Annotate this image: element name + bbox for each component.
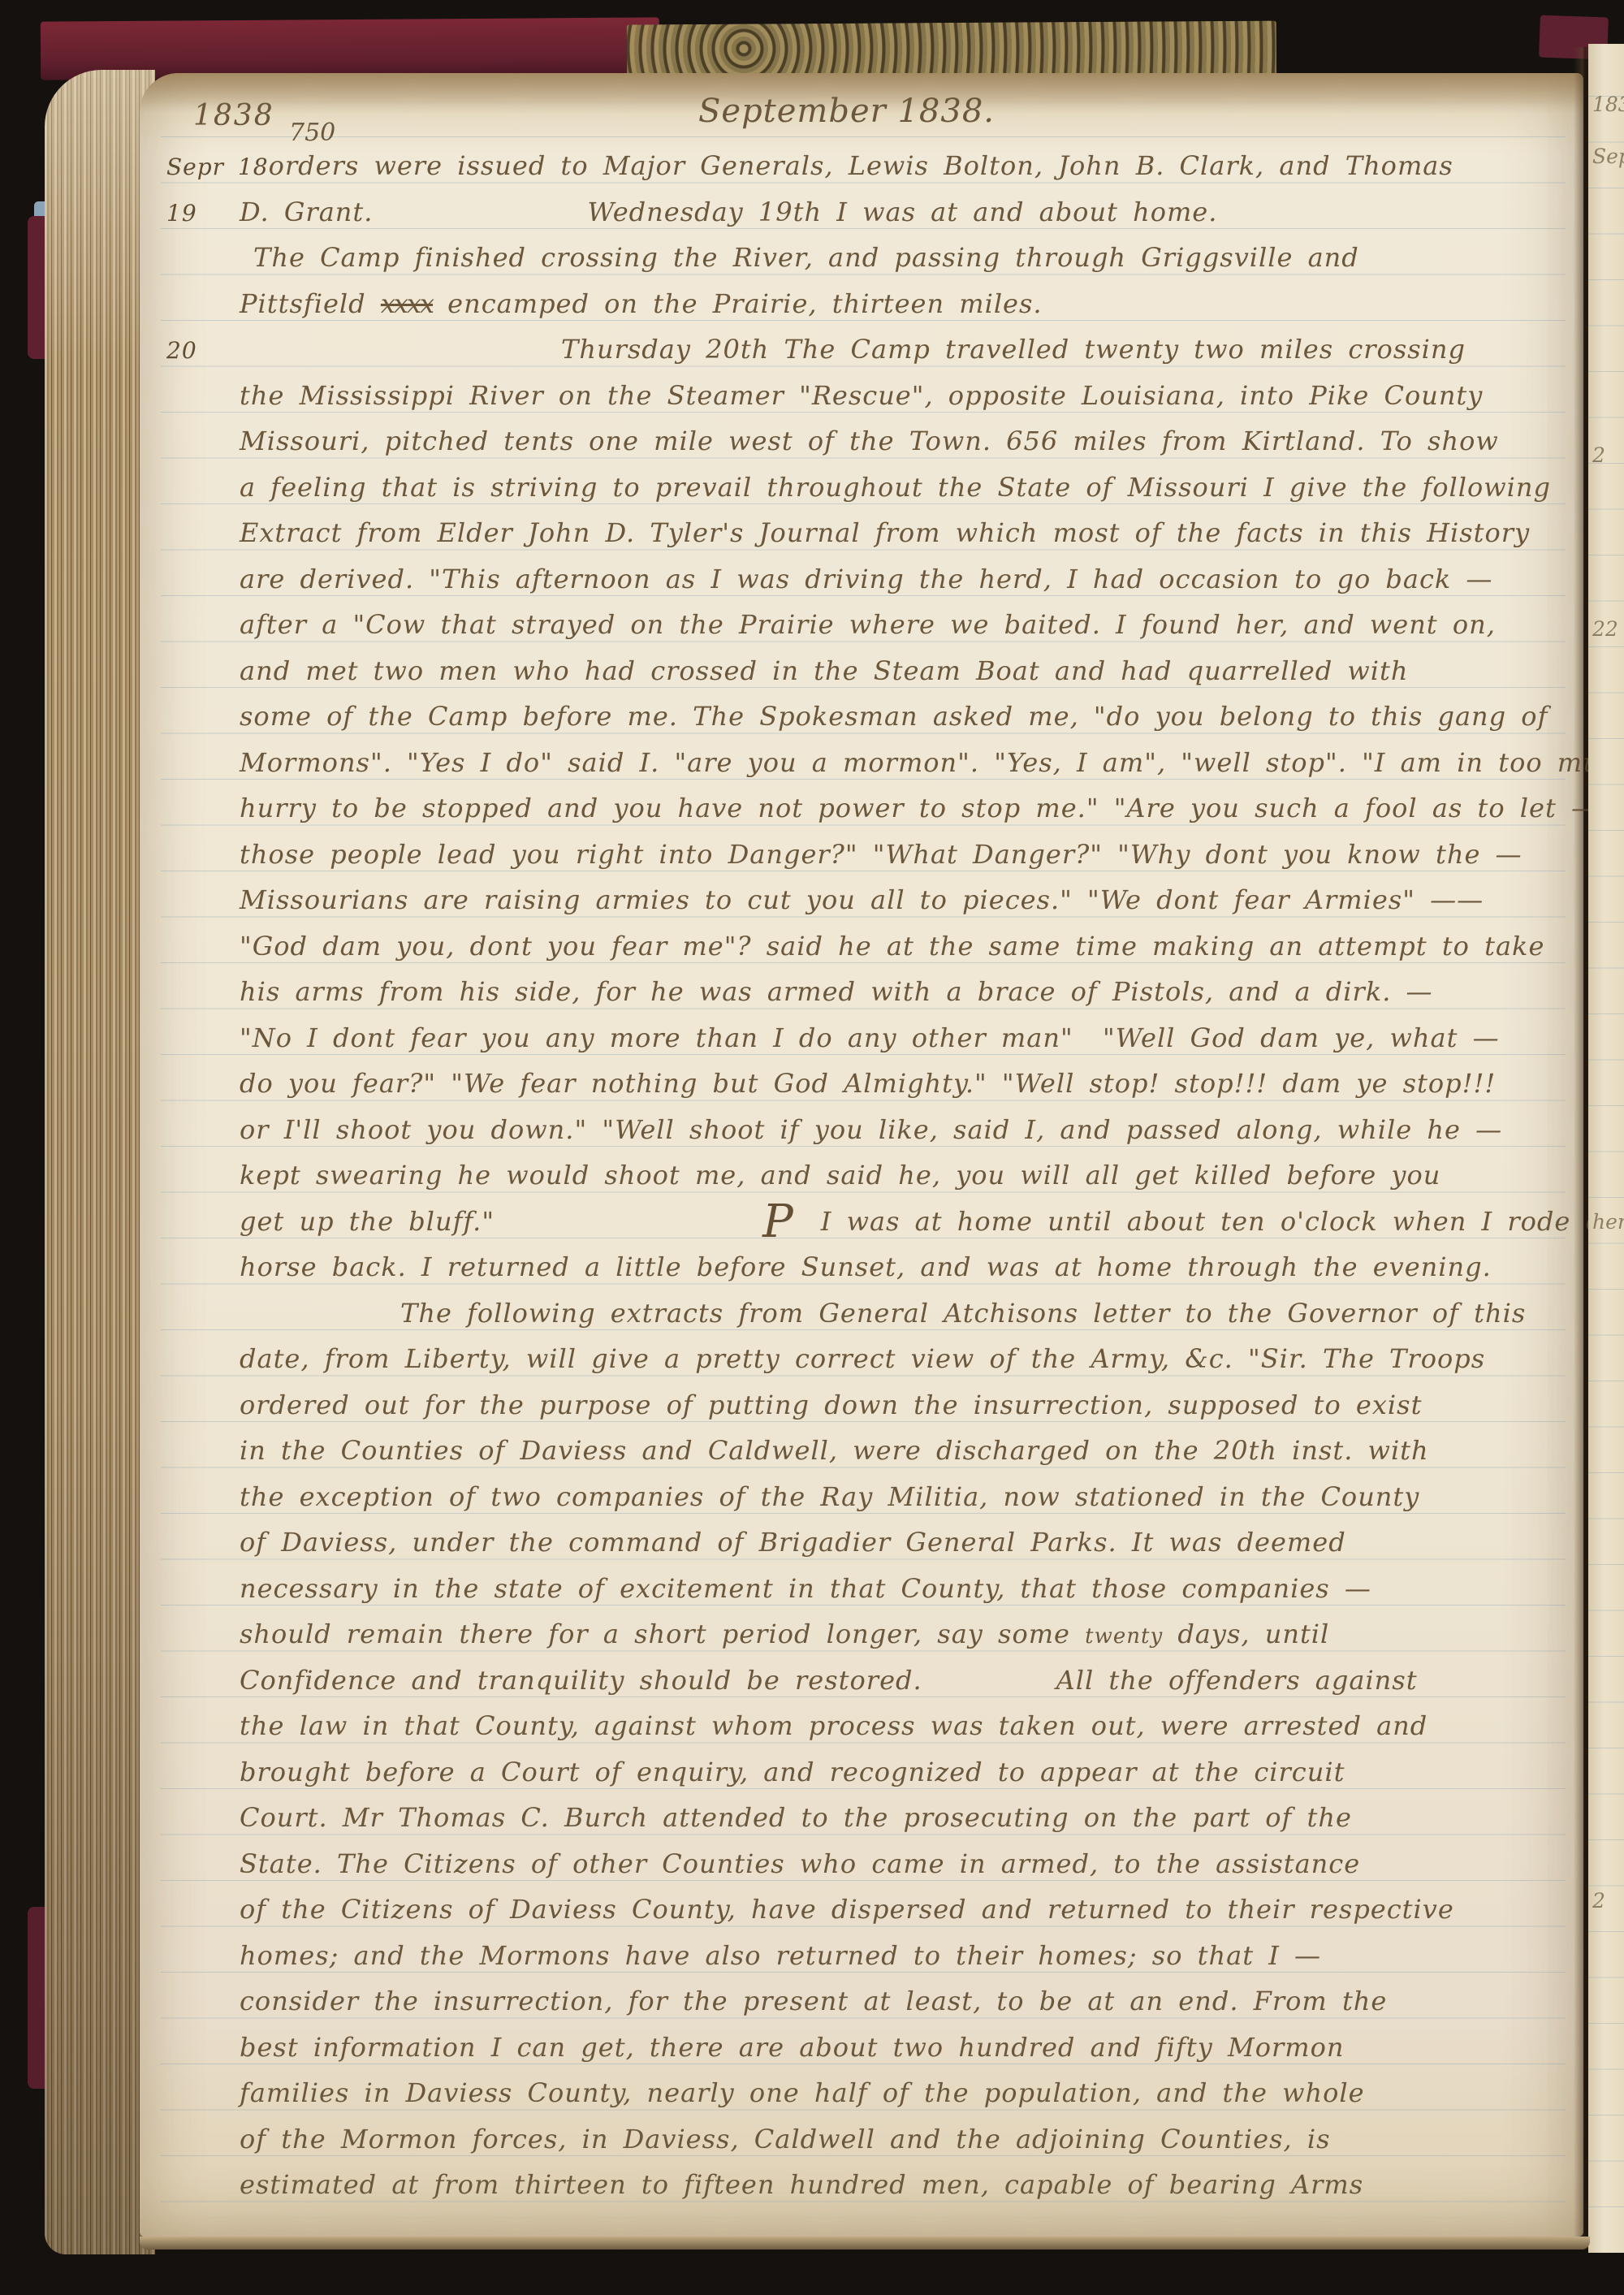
handwritten-text: days, until (1163, 1619, 1329, 1649)
handwritten-text: of Daviess, under the command of Brigadi… (240, 1527, 1346, 1558)
journal-line: 19D. Grant. Wednesday 19th I was at and … (166, 189, 1571, 236)
facing-page-text-fragment: Sepr. (1592, 145, 1624, 168)
journal-line: Confidence and tranquility should be res… (166, 1657, 1571, 1704)
margin-day-label: 20 (166, 328, 240, 374)
handwritten-text: encamped on the Prairie, thirteen miles. (433, 288, 1043, 319)
journal-line: are derived. "This afternoon as I was dr… (166, 556, 1571, 603)
handwritten-text: orders were issued to Major Generals, Le… (269, 150, 1453, 181)
journal-line: the Mississippi River on the Steamer "Re… (166, 373, 1571, 419)
journal-line: a feeling that is striving to prevail th… (166, 465, 1571, 511)
facing-page-edge: 1838Sepr.222her2 (1588, 44, 1624, 2253)
handwritten-text: the Mississippi River on the Steamer "Re… (240, 380, 1483, 411)
handwritten-text: or I'll shoot you down." "Well shoot if … (240, 1114, 1502, 1145)
facing-page-text-fragment: 2 (1592, 443, 1605, 467)
handwritten-text: "God dam you, dont you fear me"? said he… (240, 931, 1544, 962)
handwritten-text: should remain there for a short period l… (240, 1619, 1085, 1649)
journal-line: in the Counties of Daviess and Caldwell,… (166, 1428, 1571, 1474)
handwritten-text: Missourians are raising armies to cut yo… (240, 884, 1484, 915)
handwritten-text: ordered out for the purpose of putting d… (240, 1390, 1422, 1420)
strikethrough: xxxx (381, 288, 433, 319)
journal-line: his arms from his side, for he was armed… (166, 969, 1571, 1015)
handwritten-text: the law in that County, against whom pro… (240, 1710, 1427, 1741)
handwritten-text: Extract from Elder John D. Tyler's Journ… (240, 517, 1530, 548)
facing-page-text-fragment: 2 (1592, 1889, 1605, 1912)
journal-line: homes; and the Mormons have also returne… (166, 1933, 1571, 1979)
journal-line: get up the bluff." P I was at home until… (166, 1199, 1571, 1245)
journal-line: the exception of two companies of the Ra… (166, 1474, 1571, 1520)
handwritten-text: are derived. "This afternoon as I was dr… (240, 564, 1492, 594)
handwritten-text: I was at home until about ten o'clock wh… (794, 1206, 1624, 1237)
journal-line: and met two men who had crossed in the S… (166, 648, 1571, 694)
handwritten-text: his arms from his side, for he was armed… (240, 976, 1433, 1007)
journal-line: of the Citizens of Daviess County, have … (166, 1887, 1571, 1933)
journal-line: Sepr 18orders were issued to Major Gener… (166, 143, 1571, 189)
handwritten-text: and met two men who had crossed in the S… (240, 655, 1408, 686)
journal-line: horse back. I returned a little before S… (166, 1244, 1571, 1290)
handwritten-text: Court. Mr Thomas C. Burch attended to th… (240, 1802, 1352, 1833)
handwritten-text: necessary in the state of excitement in … (240, 1573, 1371, 1604)
journal-line: some of the Camp before me. The Spokesma… (166, 694, 1571, 740)
journal-line: Mormons". "Yes I do" said I. "are you a … (166, 740, 1571, 786)
journal-line: "No I dont fear you any more than I do a… (166, 1015, 1571, 1061)
journal-line: after a "Cow that strayed on the Prairie… (166, 602, 1571, 648)
page-stack-fore-edge (45, 70, 155, 2254)
handwritten-text: The following extracts from General Atch… (240, 1298, 1526, 1329)
handwritten-text: kept swearing he would shoot me, and sai… (240, 1160, 1440, 1191)
journal-text-block: Sepr 18orders were issued to Major Gener… (166, 143, 1571, 2208)
paragraph-mark: P (762, 1195, 794, 1248)
handwritten-text: Missouri, pitched tents one mile west of… (240, 426, 1499, 456)
handwritten-text: families in Daviess County, nearly one h… (240, 2077, 1365, 2108)
handwritten-text: after a "Cow that strayed on the Prairie… (240, 609, 1496, 640)
facing-page-text-fragment: 22 (1592, 617, 1618, 641)
facing-page-text-fragment: 1838 (1592, 93, 1624, 116)
handwritten-text: "No I dont fear you any more than I do a… (240, 1022, 1500, 1053)
journal-line: consider the insurrection, for the prese… (166, 1978, 1571, 2025)
journal-line: State. The Citizens of other Counties wh… (166, 1841, 1571, 1887)
journal-line: best information I can get, there are ab… (166, 2025, 1571, 2071)
handwritten-text: in the Counties of Daviess and Caldwell,… (240, 1435, 1429, 1466)
journal-line: 20 Thursday 20th The Camp travelled twen… (166, 326, 1571, 373)
handwritten-text: date, from Liberty, will give a pretty c… (240, 1343, 1485, 1374)
handwritten-text: get up the bluff." (240, 1206, 762, 1237)
journal-line: kept swearing he would shoot me, and sai… (166, 1152, 1571, 1199)
journal-line: families in Daviess County, nearly one h… (166, 2070, 1571, 2116)
journal-line: ordered out for the purpose of putting d… (166, 1382, 1571, 1428)
handwritten-text: Thursday 20th The Camp travelled twenty … (240, 334, 1466, 365)
book-photo-scene: 1838 750 September 1838. Sepr 18orders w… (0, 0, 1624, 2295)
journal-line: "God dam you, dont you fear me"? said he… (166, 923, 1571, 970)
journal-line: should remain there for a short period l… (166, 1611, 1571, 1657)
journal-line: or I'll shoot you down." "Well shoot if … (166, 1107, 1571, 1153)
handwritten-text: those people lead you right into Danger?… (240, 839, 1522, 870)
journal-line: date, from Liberty, will give a pretty c… (166, 1336, 1571, 1382)
handwritten-text: the exception of two companies of the Ra… (240, 1481, 1419, 1512)
handwritten-text: a feeling that is striving to prevail th… (240, 472, 1551, 503)
header-month-title: September 1838. (698, 93, 995, 130)
handwritten-text: The Camp finished crossing the River, an… (240, 242, 1359, 273)
handwritten-text: homes; and the Mormons have also returne… (240, 1940, 1321, 1971)
handwritten-text: Mormons". "Yes I do" said I. "are you a … (240, 747, 1624, 778)
handwritten-text: brought before a Court of enquiry, and r… (240, 1757, 1345, 1787)
journal-line: Extract from Elder John D. Tyler's Journ… (166, 510, 1571, 556)
journal-line: Pittsfield xxxx encamped on the Prairie,… (166, 281, 1571, 327)
handwritten-text: Pittsfield (240, 288, 381, 319)
handwritten-text: State. The Citizens of other Counties wh… (240, 1848, 1360, 1879)
journal-line: The Camp finished crossing the River, an… (166, 235, 1571, 281)
handwritten-text: do you fear?" "We fear nothing but God A… (240, 1068, 1496, 1099)
header-year: 1838 (193, 99, 274, 132)
journal-line: necessary in the state of excitement in … (166, 1566, 1571, 1612)
handwritten-text: some of the Camp before me. The Spokesma… (240, 701, 1548, 732)
handwritten-text: best information I can get, there are ab… (240, 2032, 1344, 2063)
journal-line: The following extracts from General Atch… (166, 1290, 1571, 1337)
handwritten-text: of the Mormon forces, in Daviess, Caldwe… (240, 2124, 1330, 2155)
journal-line: estimated at from thirteen to fifteen hu… (166, 2162, 1571, 2208)
page-bottom-edge (140, 2237, 1590, 2250)
journal-line: Missouri, pitched tents one mile west of… (166, 418, 1571, 465)
journal-line: hurry to be stopped and you have not pow… (166, 785, 1571, 832)
journal-line: of the Mormon forces, in Daviess, Caldwe… (166, 2116, 1571, 2163)
journal-line: those people lead you right into Danger?… (166, 832, 1571, 878)
journal-line: Missourians are raising armies to cut yo… (166, 877, 1571, 923)
journal-line: of Daviess, under the command of Brigadi… (166, 1519, 1571, 1566)
facing-page-text-fragment: her (1592, 1210, 1624, 1234)
handwritten-text: of the Citizens of Daviess County, have … (240, 1894, 1454, 1925)
handwritten-text: Confidence and tranquility should be res… (240, 1665, 1418, 1696)
handwritten-text: estimated at from thirteen to fifteen hu… (240, 2169, 1363, 2200)
journal-line: Court. Mr Thomas C. Burch attended to th… (166, 1795, 1571, 1841)
journal-line: the law in that County, against whom pro… (166, 1703, 1571, 1749)
handwritten-text: horse back. I returned a little before S… (240, 1251, 1492, 1282)
handwritten-text: consider the insurrection, for the prese… (240, 1986, 1387, 2016)
journal-line: do you fear?" "We fear nothing but God A… (166, 1061, 1571, 1107)
handwritten-text: D. Grant. Wednesday 19th I was at and ab… (240, 197, 1217, 227)
journal-line: brought before a Court of enquiry, and r… (166, 1749, 1571, 1796)
margin-day-label: 19 (166, 191, 240, 236)
handwritten-text: hurry to be stopped and you have not pow… (240, 793, 1598, 823)
margin-day-label: Sepr 18 (166, 145, 269, 190)
inserted-above: twenty (1085, 1624, 1163, 1649)
